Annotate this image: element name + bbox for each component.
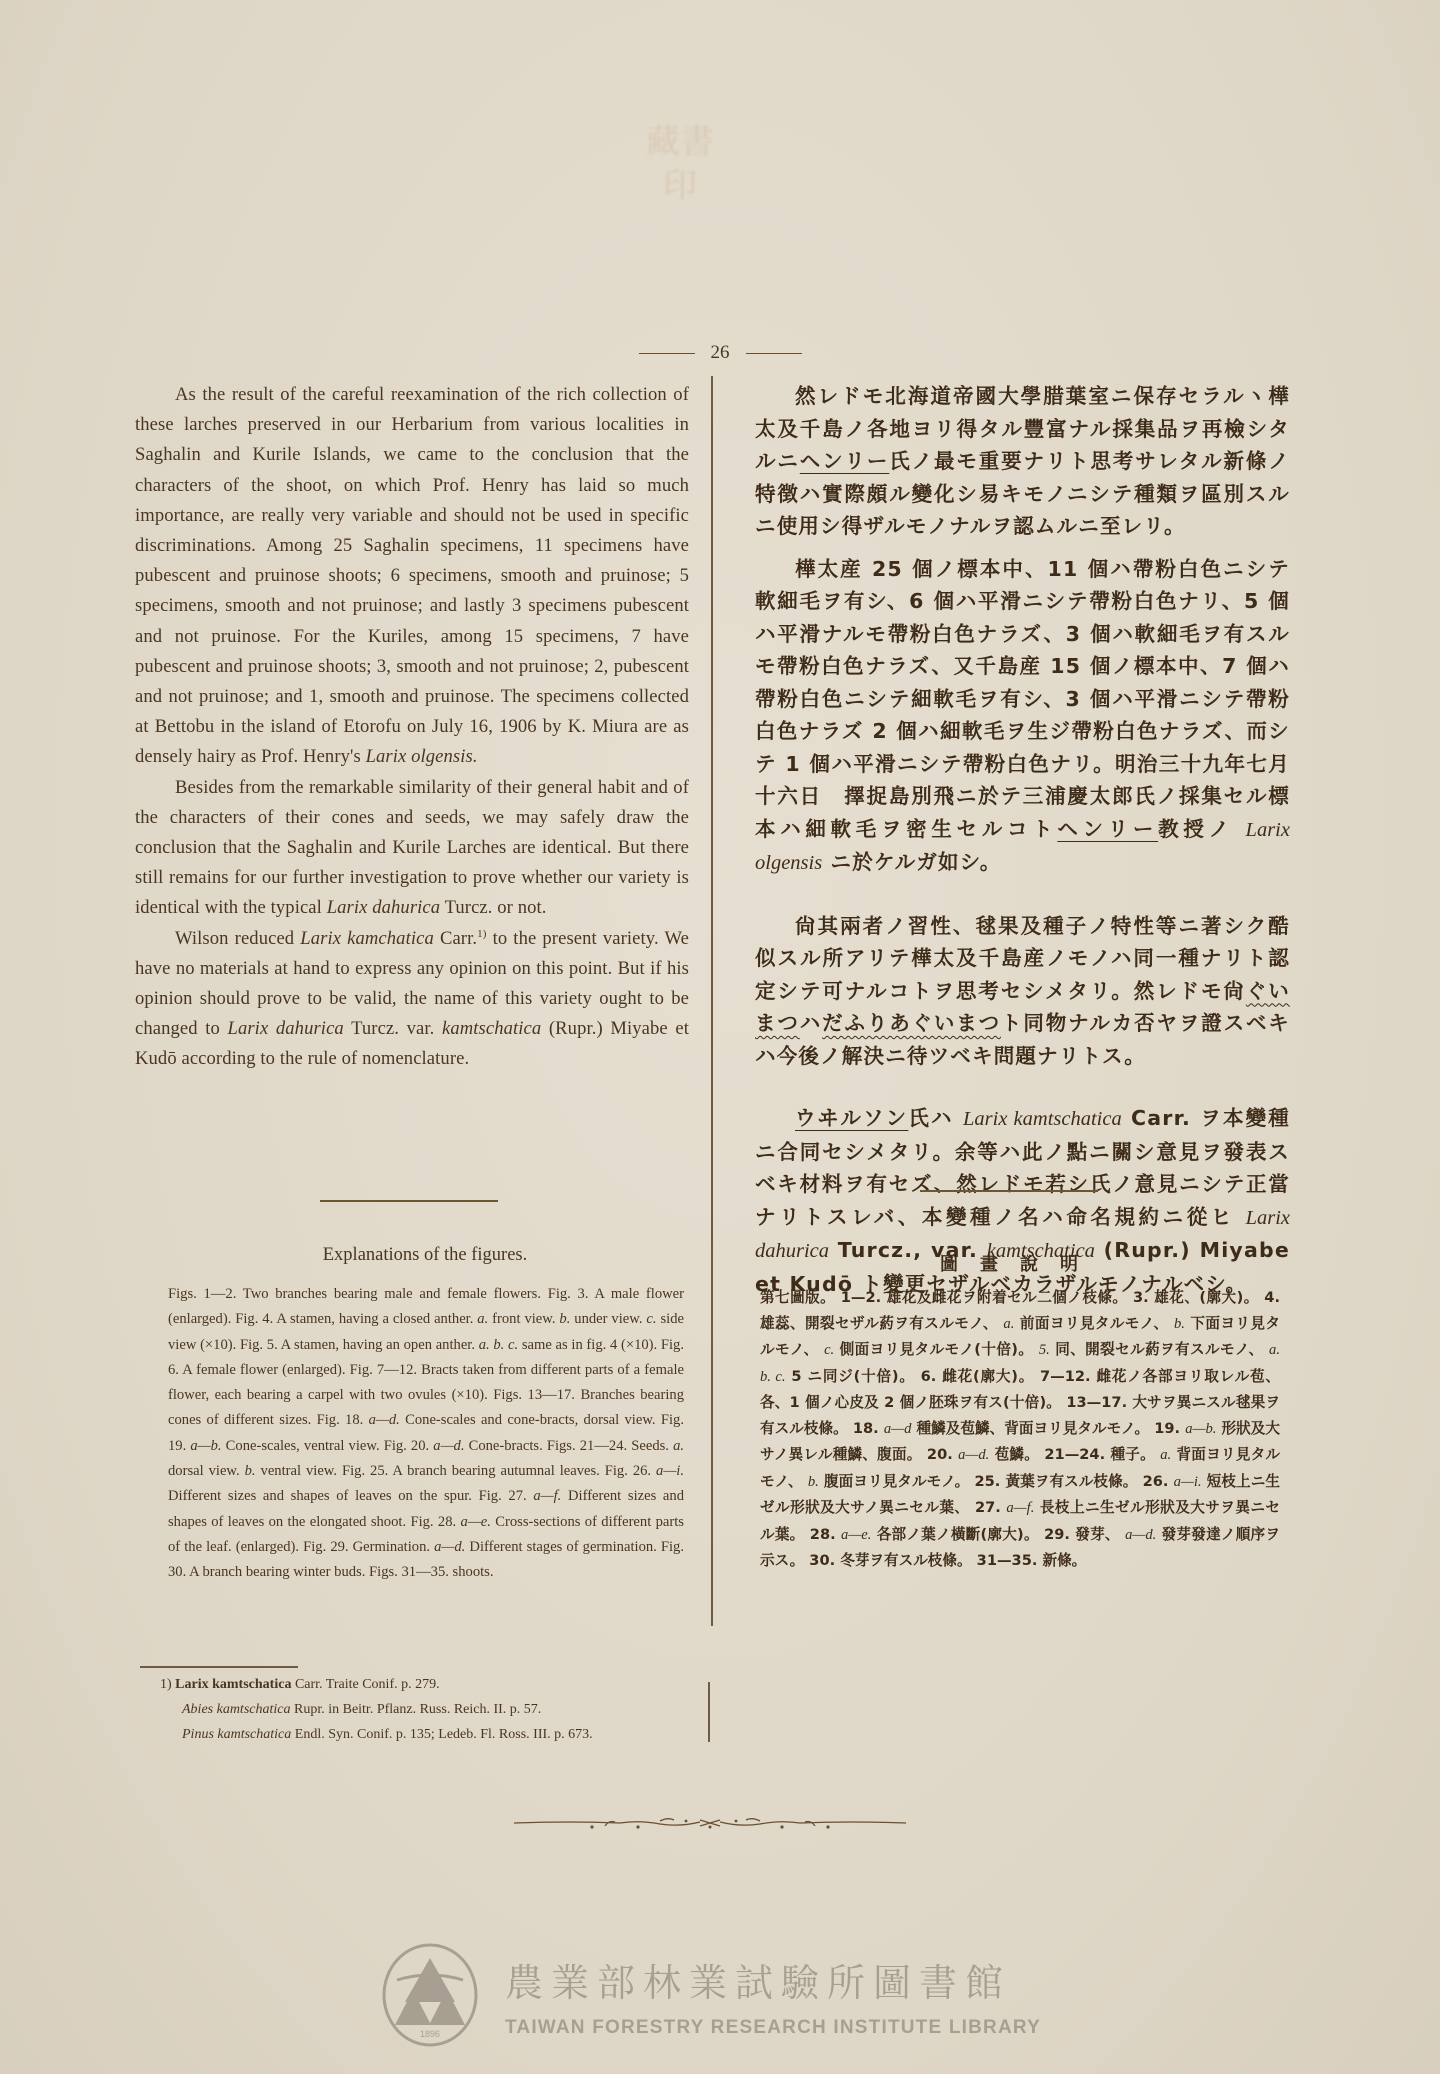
figures-explanation-japanese: 第七圖版。 1—2. 雄花及雌花ヲ附着セル二個ノ枝條。 3. 雄花、(廓大)。 … xyxy=(760,1285,1280,1574)
japanese-column: 然レドモ北海道帝國大學腊葉室ニ保存セラルヽ樺太及千島ノ各地ヨリ得タル豐富ナル採集… xyxy=(755,380,1290,1300)
japanese-paragraph: 樺太産 25 個ノ標本中、11 個ハ帶粉白色ニシテ軟細毛ヲ有シ、6 個ハ平滑ニシ… xyxy=(755,553,1290,880)
footnote-line: 1) Larix kamtschatica Carr. Traite Conif… xyxy=(160,1672,700,1697)
institute-logo-icon: 1896 xyxy=(375,1940,485,2050)
header-rule-right xyxy=(746,353,802,354)
footnote-divider xyxy=(708,1682,710,1742)
japanese-paragraph: 尙其兩者ノ習性、毬果及種子ノ特性等ニ著シク酷似スル所アリテ樺太及千島産ノモノハ同… xyxy=(755,910,1290,1073)
watermark-english-name: TAIWAN FORESTRY RESEARCH INSTITUTE LIBRA… xyxy=(505,2017,1041,2039)
page-number: 26 xyxy=(711,342,730,364)
footnote-line: Abies kamtschatica Rupr. in Beitr. Pflan… xyxy=(160,1697,700,1722)
library-watermark: 1896 農業部林業試驗所圖書館 TAIWAN FORESTRY RESEARC… xyxy=(375,1930,1095,2060)
page-header: 26 xyxy=(620,340,820,366)
figures-explanation-english: Figs. 1—2. Two branches bearing male and… xyxy=(168,1282,684,1586)
figures-title-english: Explanations of the figures. xyxy=(160,1245,690,1266)
english-column: As the result of the careful reexaminati… xyxy=(135,380,689,1075)
decorative-ornament-icon xyxy=(510,1808,910,1838)
english-paragraph: Wilson reduced Larix kamchatica Carr.1) … xyxy=(135,924,689,1075)
footnote-rule xyxy=(140,1666,298,1668)
watermark-chinese-name: 農業部林業試驗所圖書館 xyxy=(505,1952,1041,2007)
english-paragraph: As the result of the careful reexaminati… xyxy=(135,380,689,773)
header-rule-left xyxy=(639,353,695,354)
figures-title-japanese: 圖畫說明 xyxy=(740,1250,1300,1276)
library-seal-stamp: 藏書印 xyxy=(635,120,725,260)
japanese-section-separator xyxy=(920,1190,1098,1192)
japanese-paragraph: 然レドモ北海道帝國大學腊葉室ニ保存セラルヽ樺太及千島ノ各地ヨリ得タル豐富ナル採集… xyxy=(755,380,1290,543)
footnote-line: Pinus kamtschatica Endl. Syn. Conif. p. … xyxy=(160,1722,700,1747)
footnotes: 1) Larix kamtschatica Carr. Traite Conif… xyxy=(160,1672,700,1747)
svg-text:1896: 1896 xyxy=(420,2029,440,2039)
column-divider xyxy=(711,376,713,1626)
english-paragraph: Besides from the remarkable similarity o… xyxy=(135,773,689,924)
english-section-separator xyxy=(320,1200,498,1202)
